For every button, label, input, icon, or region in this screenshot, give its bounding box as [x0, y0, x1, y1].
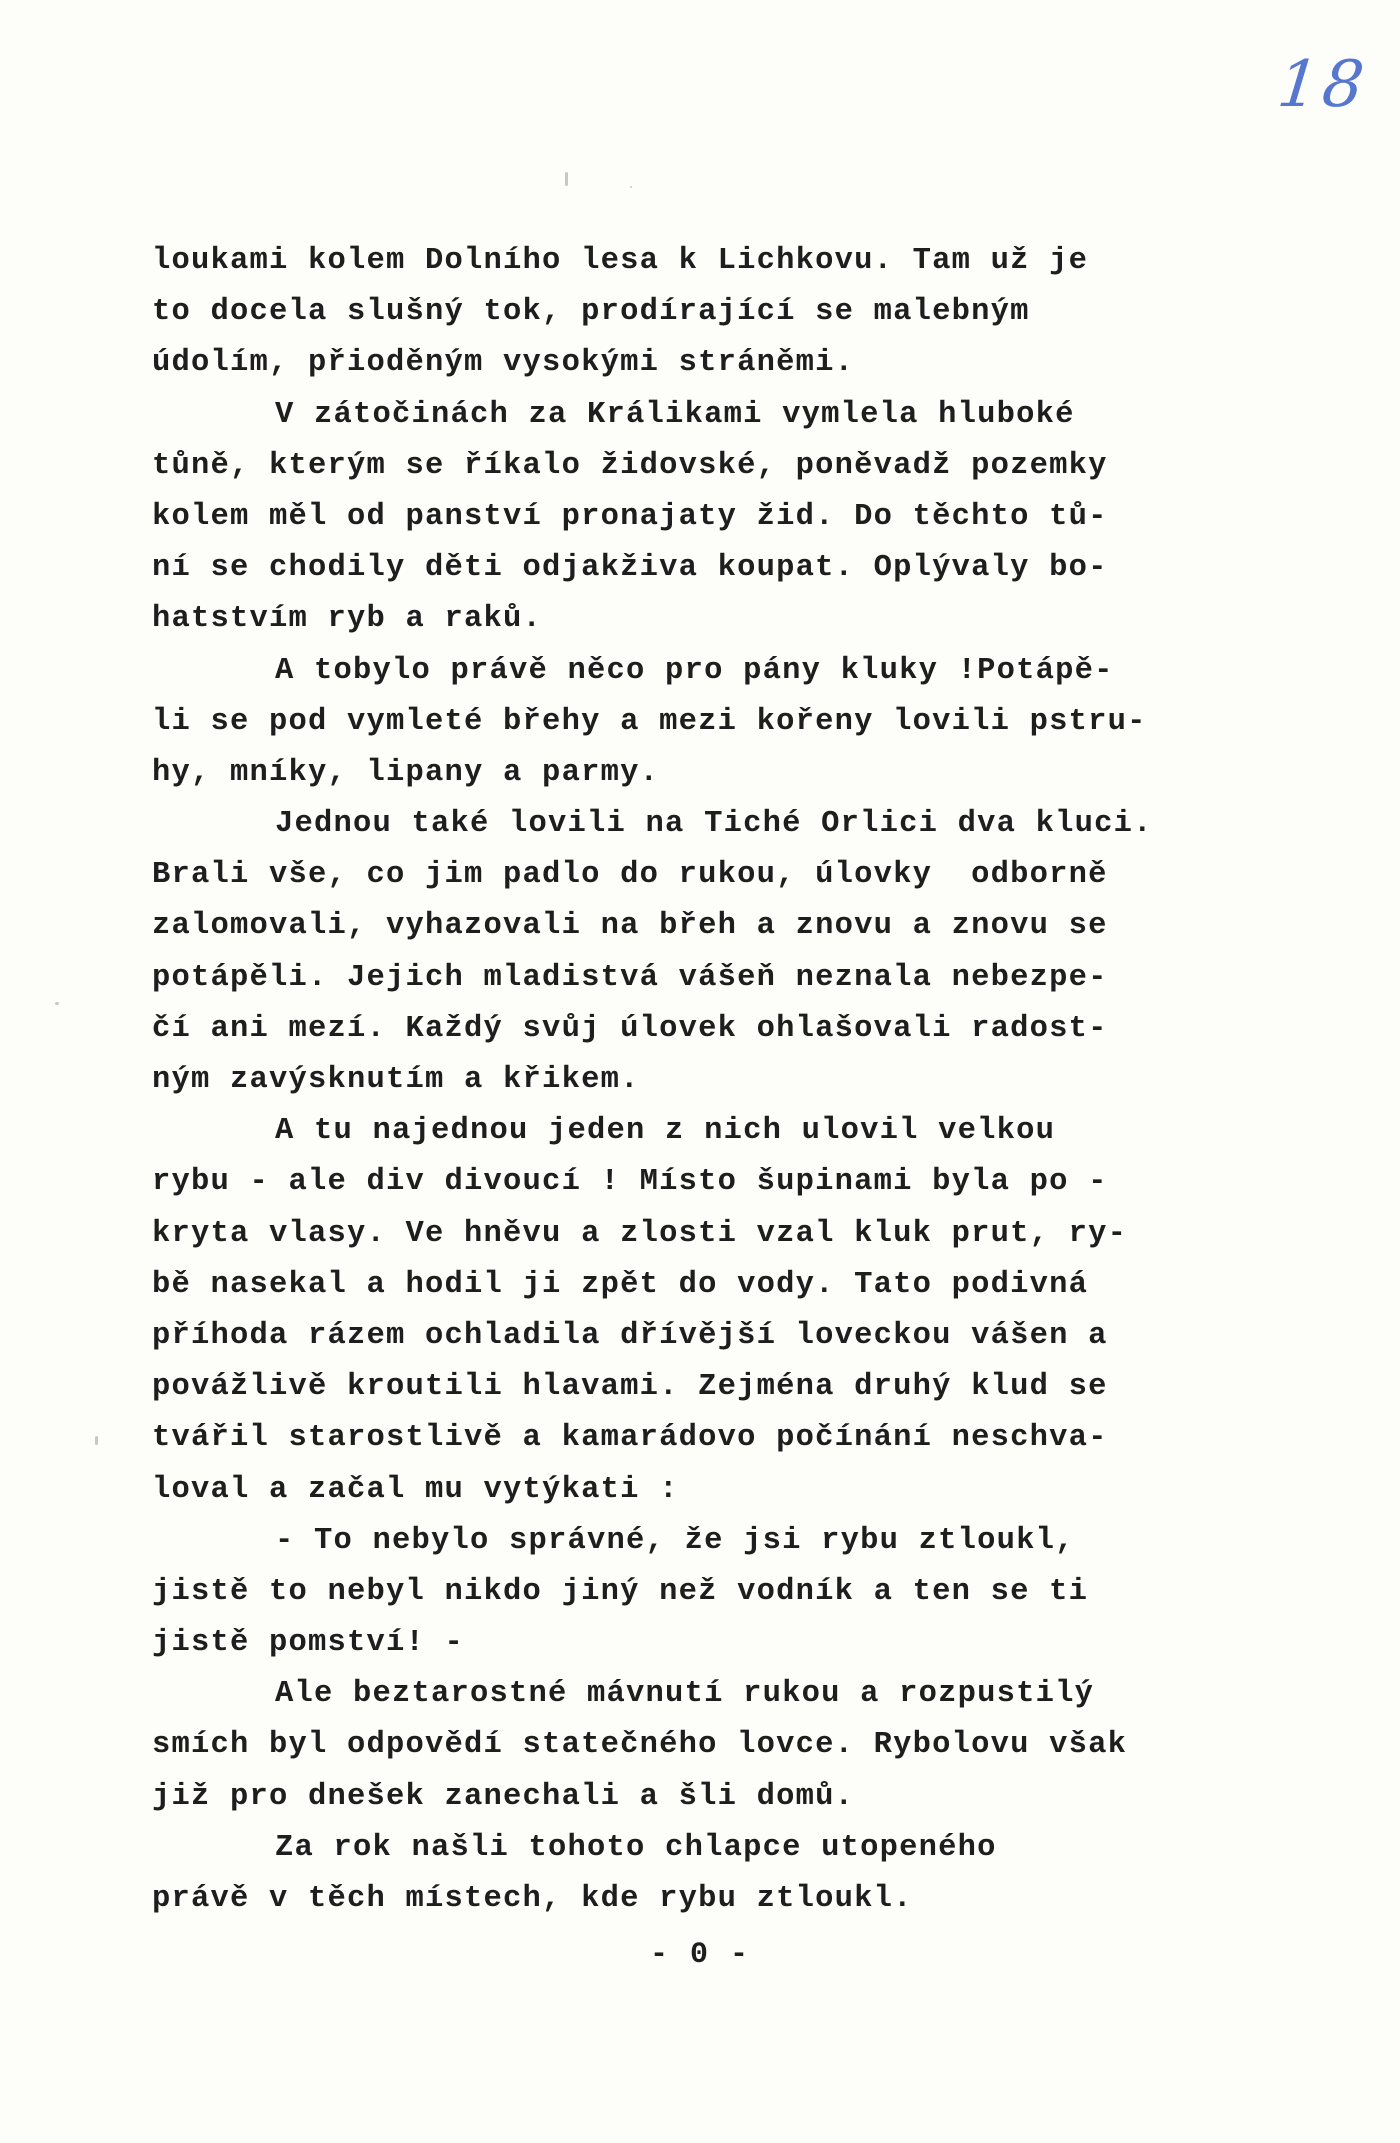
text-line: V zátočinách za Králikami vymlela hlubok… — [152, 390, 1242, 441]
text-line: zalomovali, vyhazovali na břeh a znovu a… — [152, 901, 1242, 952]
text-line: údolím, přioděným vysokými stráněmi. — [152, 338, 1242, 389]
text-line: již pro dnešek zanechali a šli domů. — [152, 1772, 1242, 1823]
text-line: li se pod vymleté břehy a mezi kořeny lo… — [152, 697, 1242, 748]
text-line: smích byl odpovědí statečného lovce. Ryb… — [152, 1720, 1242, 1771]
text-line: kryta vlasy. Ve hněvu a zlosti vzal kluk… — [152, 1209, 1242, 1260]
text-line: hy, mníky, lipany a parmy. — [152, 748, 1242, 799]
text-line: ní se chodily děti odjakživa koupat. Opl… — [152, 543, 1242, 594]
text-line: Ale beztarostné mávnutí rukou a rozpusti… — [152, 1669, 1242, 1720]
end-marker: - 0 - — [0, 1938, 1400, 1972]
text-line: kolem měl od panství pronajaty žid. Do t… — [152, 492, 1242, 543]
text-line: A tu najednou jeden z nich ulovil velkou — [152, 1106, 1242, 1157]
typewritten-body: loukami kolem Dolního lesa k Lichkovu. T… — [152, 236, 1242, 1925]
text-line: Za rok našli tohoto chlapce utopeného — [152, 1823, 1242, 1874]
text-line: loukami kolem Dolního lesa k Lichkovu. T… — [152, 236, 1242, 287]
text-line: hatstvím ryb a raků. — [152, 594, 1242, 645]
text-line: příhoda rázem ochladila dřívější lovecko… — [152, 1311, 1242, 1362]
text-line: bě nasekal a hodil ji zpět do vody. Tato… — [152, 1260, 1242, 1311]
text-line: rybu - ale div divoucí ! Místo šupinami … — [152, 1157, 1242, 1208]
text-line: jistě pomství! - — [152, 1618, 1242, 1669]
text-line: jistě to nebyl nikdo jiný než vodník a t… — [152, 1567, 1242, 1618]
typewritten-page: 18 loukami kolem Dolního lesa k Lichkovu… — [0, 0, 1400, 2143]
text-line: Brali vše, co jim padlo do rukou, úlovky… — [152, 850, 1242, 901]
text-line: to docela slušný tok, prodírající se mal… — [152, 287, 1242, 338]
text-line: povážlivě kroutili hlavami. Zejména druh… — [152, 1362, 1242, 1413]
text-line: ným zavýsknutím a křikem. — [152, 1055, 1242, 1106]
text-line: čí ani mezí. Každý svůj úlovek ohlašoval… — [152, 1004, 1242, 1055]
text-line: A tobylo právě něco pro pány kluky !Potá… — [152, 646, 1242, 697]
text-line: loval a začal mu vytýkati : — [152, 1465, 1242, 1516]
text-line: potápěli. Jejich mladistvá vášeň neznala… — [152, 953, 1242, 1004]
text-line: - To nebylo správné, že jsi rybu ztloukl… — [152, 1516, 1242, 1567]
text-line: Jednou také lovili na Tiché Orlici dva k… — [152, 799, 1242, 850]
text-line: právě v těch místech, kde rybu ztloukl. — [152, 1874, 1242, 1925]
handwritten-page-number: 18 — [1274, 48, 1371, 122]
text-line: tůně, kterým se říkalo židovské, poněvad… — [152, 441, 1242, 492]
text-line: tvářil starostlivě a kamarádovo počínání… — [152, 1413, 1242, 1464]
